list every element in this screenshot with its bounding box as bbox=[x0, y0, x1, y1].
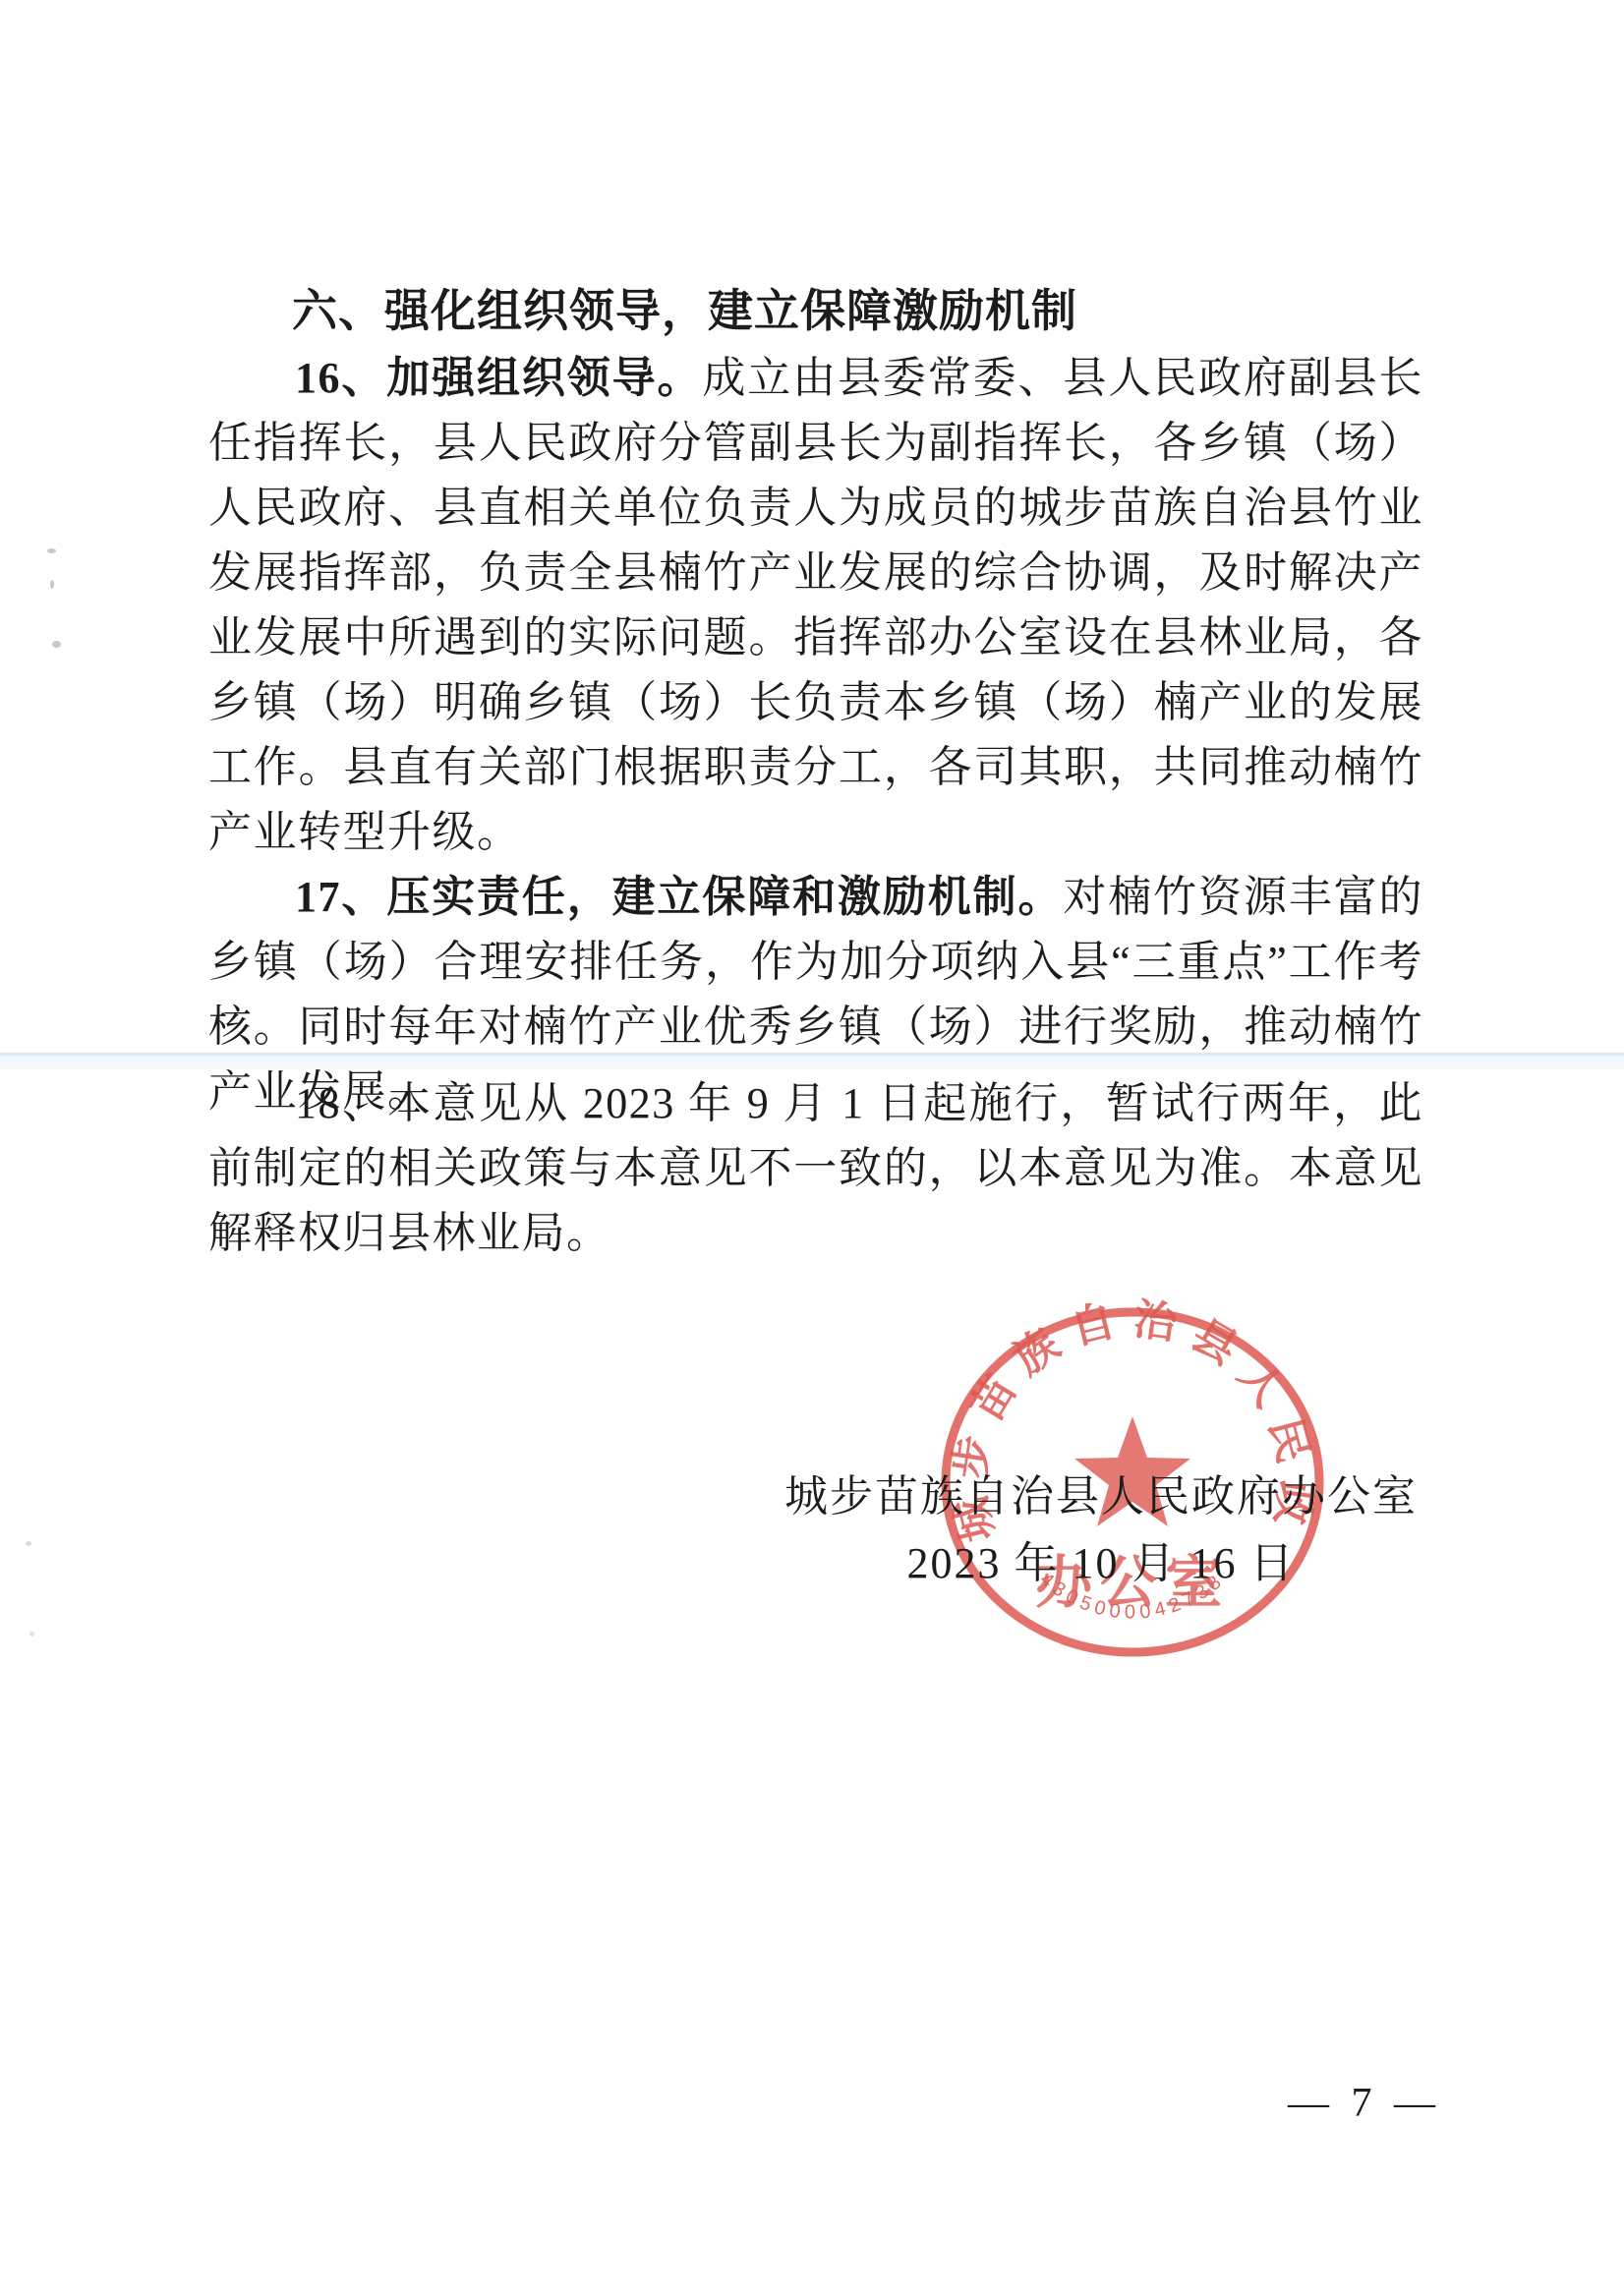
paragraph-16-text: 成立由县委常委、县人民政府副县长任指挥长，县人民政府分管副县长为副指挥长，各乡镇… bbox=[208, 354, 1423, 856]
paragraph-18-text: 18、本意见从 2023 年 9 月 1 日起施行，暂试行两年，此前制定的相关政… bbox=[208, 1079, 1423, 1257]
scan-speck bbox=[29, 1632, 34, 1636]
paragraph-17-lead: 17、压实责任，建立保障和激励机制。 bbox=[295, 873, 1063, 921]
paragraph-16-lead: 16、加强组织领导。 bbox=[295, 354, 702, 402]
signature-date: 2023 年 10 月 16 日 bbox=[649, 1527, 1553, 1590]
paragraph-16: 16、加强组织领导。成立由县委常委、县人民政府副县长任指挥长，县人民政府分管副县… bbox=[208, 346, 1423, 865]
document-page: 六、强化组织领导，建立保障激励机制 16、加强组织领导。成立由县委常委、县人民政… bbox=[0, 0, 1624, 2296]
paragraph-18: 18、本意见从 2023 年 9 月 1 日起施行，暂试行两年，此前制定的相关政… bbox=[208, 1071, 1423, 1266]
scan-speck bbox=[26, 1541, 31, 1546]
document-body: 16、加强组织领导。成立由县委常委、县人民政府副县长任指挥长，县人民政府分管副县… bbox=[208, 346, 1423, 1124]
document-body-continued: 18、本意见从 2023 年 9 月 1 日起施行，暂试行两年，此前制定的相关政… bbox=[208, 1071, 1423, 1266]
page-number: — 7 — bbox=[1288, 2080, 1441, 2127]
scan-artifact-band bbox=[0, 1053, 1624, 1069]
scan-speck bbox=[52, 641, 61, 648]
scan-speck bbox=[50, 580, 54, 589]
signature-office: 城步苗族自治县人民政府办公室 bbox=[649, 1461, 1553, 1523]
section-heading: 六、强化组织领导，建立保障激励机制 bbox=[292, 275, 1077, 340]
scan-speck bbox=[47, 548, 56, 553]
